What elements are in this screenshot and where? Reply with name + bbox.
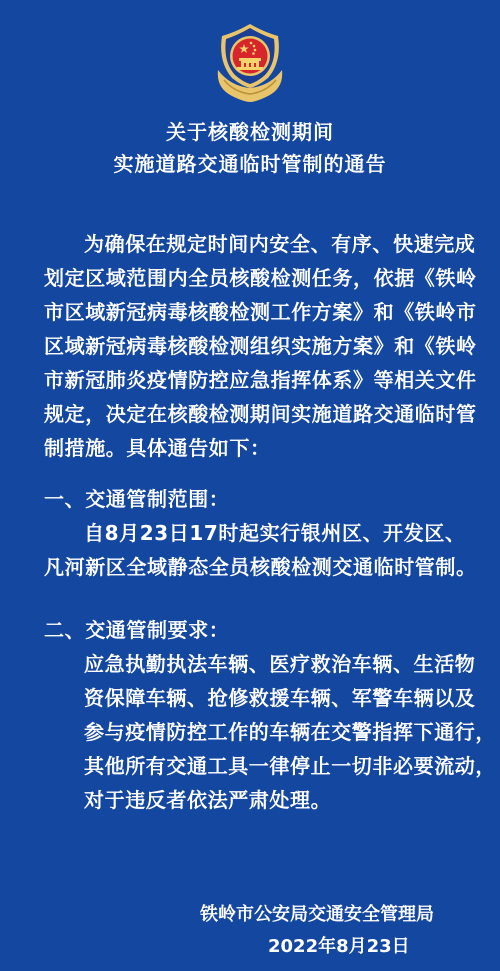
section-1-line: 自8月23日17时起实行银州区、开发区、 [84,520,466,546]
section-2-line: 应急执勤执法车辆、医疗救治车辆、生活物 [84,651,475,677]
intro-line: 规定，决定在核酸检测期间实施道路交通临时管 [44,401,477,427]
intro-line: 市区域新冠病毒核酸检测工作方案》和《铁岭市 [44,299,477,325]
issuer-name: 铁岭市公安局交通安全管理局 [200,903,434,927]
section-2-line: 资保障车辆、抢修救援车辆、军警车辆以及 [84,685,475,711]
issue-date: 2022年8月23日 [268,935,410,959]
intro-line: 市新冠肺炎疫情防控应急指挥体系》等相关文件 [44,367,477,393]
notice-title-line-2: 实施道路交通临时管制的通告 [0,150,500,178]
section-1-line: 凡河新区全域静态全员核酸检测交通临时管制。 [44,554,477,580]
police-emblem-icon [210,22,290,104]
intro-line: 划定区域范围内全员核酸检测任务，依据《铁岭 [44,265,477,291]
notice-title-line-1: 关于核酸检测期间 [0,118,500,146]
section-2-line: 对于违反者依法严肃处理。 [84,787,331,813]
intro-line: 为确保在规定时间内安全、有序、快速完成 [84,231,475,257]
section-1-heading: 一、交通管制范围： [44,486,229,512]
section-2-line: 参与疫情防控工作的车辆在交警指挥下通行， [84,719,496,745]
intro-line: 制措施。具体通告如下： [44,435,271,461]
section-2-heading: 二、交通管制要求： [44,617,229,643]
section-2-line: 其他所有交通工具一律停止一切非必要流动， [84,753,496,779]
intro-line: 区域新冠病毒核酸检测组织实施方案》和《铁岭 [44,333,477,359]
